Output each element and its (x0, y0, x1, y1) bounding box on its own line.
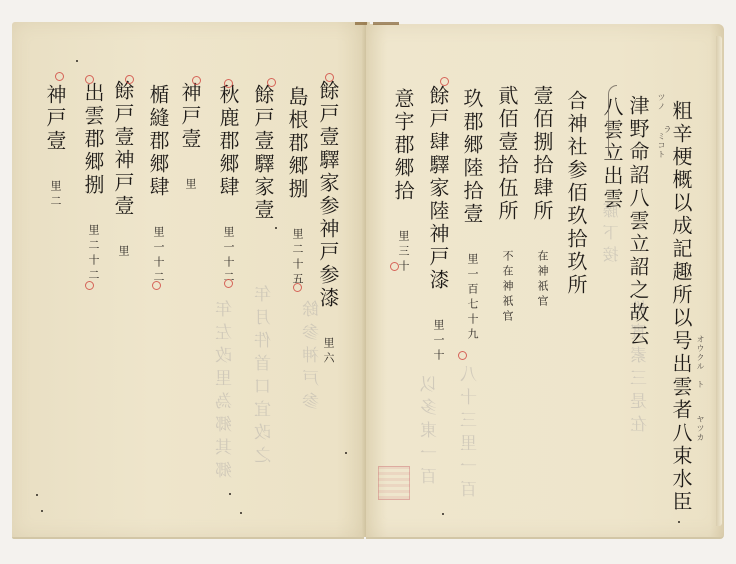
text-column: 秋鹿郡郷肆 里一十二 (218, 84, 238, 286)
red-circle-mark (267, 78, 276, 87)
ruby-annotation: オウクル (695, 335, 706, 371)
paper-speck (240, 512, 242, 514)
paper-speck (275, 227, 277, 229)
text-column: 合神社参佰玖拾玖所 (566, 90, 586, 297)
red-circle-mark (85, 281, 94, 290)
collector-seal (378, 466, 410, 500)
red-circle-mark (152, 281, 161, 290)
binding-thread (355, 22, 367, 25)
red-circle-mark (85, 75, 94, 84)
ruby-annotation: ツノ (656, 93, 667, 111)
text-column: 意宇郡郷拾 里三十 (393, 88, 413, 275)
paper-speck (442, 513, 444, 515)
bleed-through-text: 年月件首口宜改之 (252, 285, 277, 469)
text-column: 出雲郡郷捌 里二十二 (83, 82, 103, 284)
red-circle-mark (440, 77, 449, 86)
text-column: 玖郡郷陸拾壹 里一百七十九 (462, 88, 482, 343)
text-column: 餘戸壹驛家参神戸参漆 里六 (318, 80, 338, 367)
text-column: 津野命詔八雲立詔之故云 (628, 95, 648, 348)
text-column: 餘戸肆驛家陸神戸漆 里一十 (428, 85, 448, 364)
red-circle-mark (192, 76, 201, 85)
text-column: 島根郡郷捌 里二十五 (287, 86, 307, 288)
bleed-through-text: 年左改里為郷其郷 (213, 300, 238, 484)
text-column: 粗辛梗概以成記趣所以号出雲者八束水臣 (671, 100, 691, 514)
faded-note: 藤下接 (600, 202, 623, 268)
red-circle-mark (390, 262, 399, 271)
ruby-annotation: ヤツカ (695, 415, 706, 442)
faded-note: 八十三里一百 (458, 365, 483, 503)
paper-speck (76, 60, 78, 62)
text-column: 神戸壹 里二 (45, 84, 65, 210)
ruby-annotation: ト (695, 380, 706, 389)
text-column: 餘戸壹驛家壹 (253, 84, 273, 222)
paper-speck (678, 521, 680, 523)
red-circle-mark (55, 72, 64, 81)
red-circle-mark (224, 79, 233, 88)
faded-note: 以多東一百 (418, 375, 443, 490)
ruby-annotation: ミコト (656, 132, 667, 159)
red-circle-mark (293, 283, 302, 292)
paper-speck (345, 452, 347, 454)
paper-speck (229, 493, 231, 495)
red-circle-mark (125, 75, 134, 84)
annotation-bracket (608, 85, 617, 156)
paper-speck (41, 510, 43, 512)
book-spread: 餘参神戸参 年月件首口宜改之 年左改里為郷其郷 藤下接 椎實素三是在 八十三里一… (0, 0, 736, 564)
text-column: 壹佰捌拾肆所 在神祇官 (532, 85, 552, 310)
page-edge (716, 36, 722, 526)
red-circle-mark (224, 279, 233, 288)
text-column: 餘戸壹神戸壹 里 (113, 80, 133, 260)
text-column: 神戸壹 里 (180, 82, 200, 193)
red-circle-mark (458, 351, 467, 360)
text-column: 楯縫郡郷肆 里一十二 (148, 84, 168, 286)
binding-thread (373, 22, 399, 25)
red-circle-mark (325, 73, 334, 82)
paper-speck (36, 494, 38, 496)
text-column: 貮佰壹拾伍所 不在神祇官 (497, 85, 517, 325)
